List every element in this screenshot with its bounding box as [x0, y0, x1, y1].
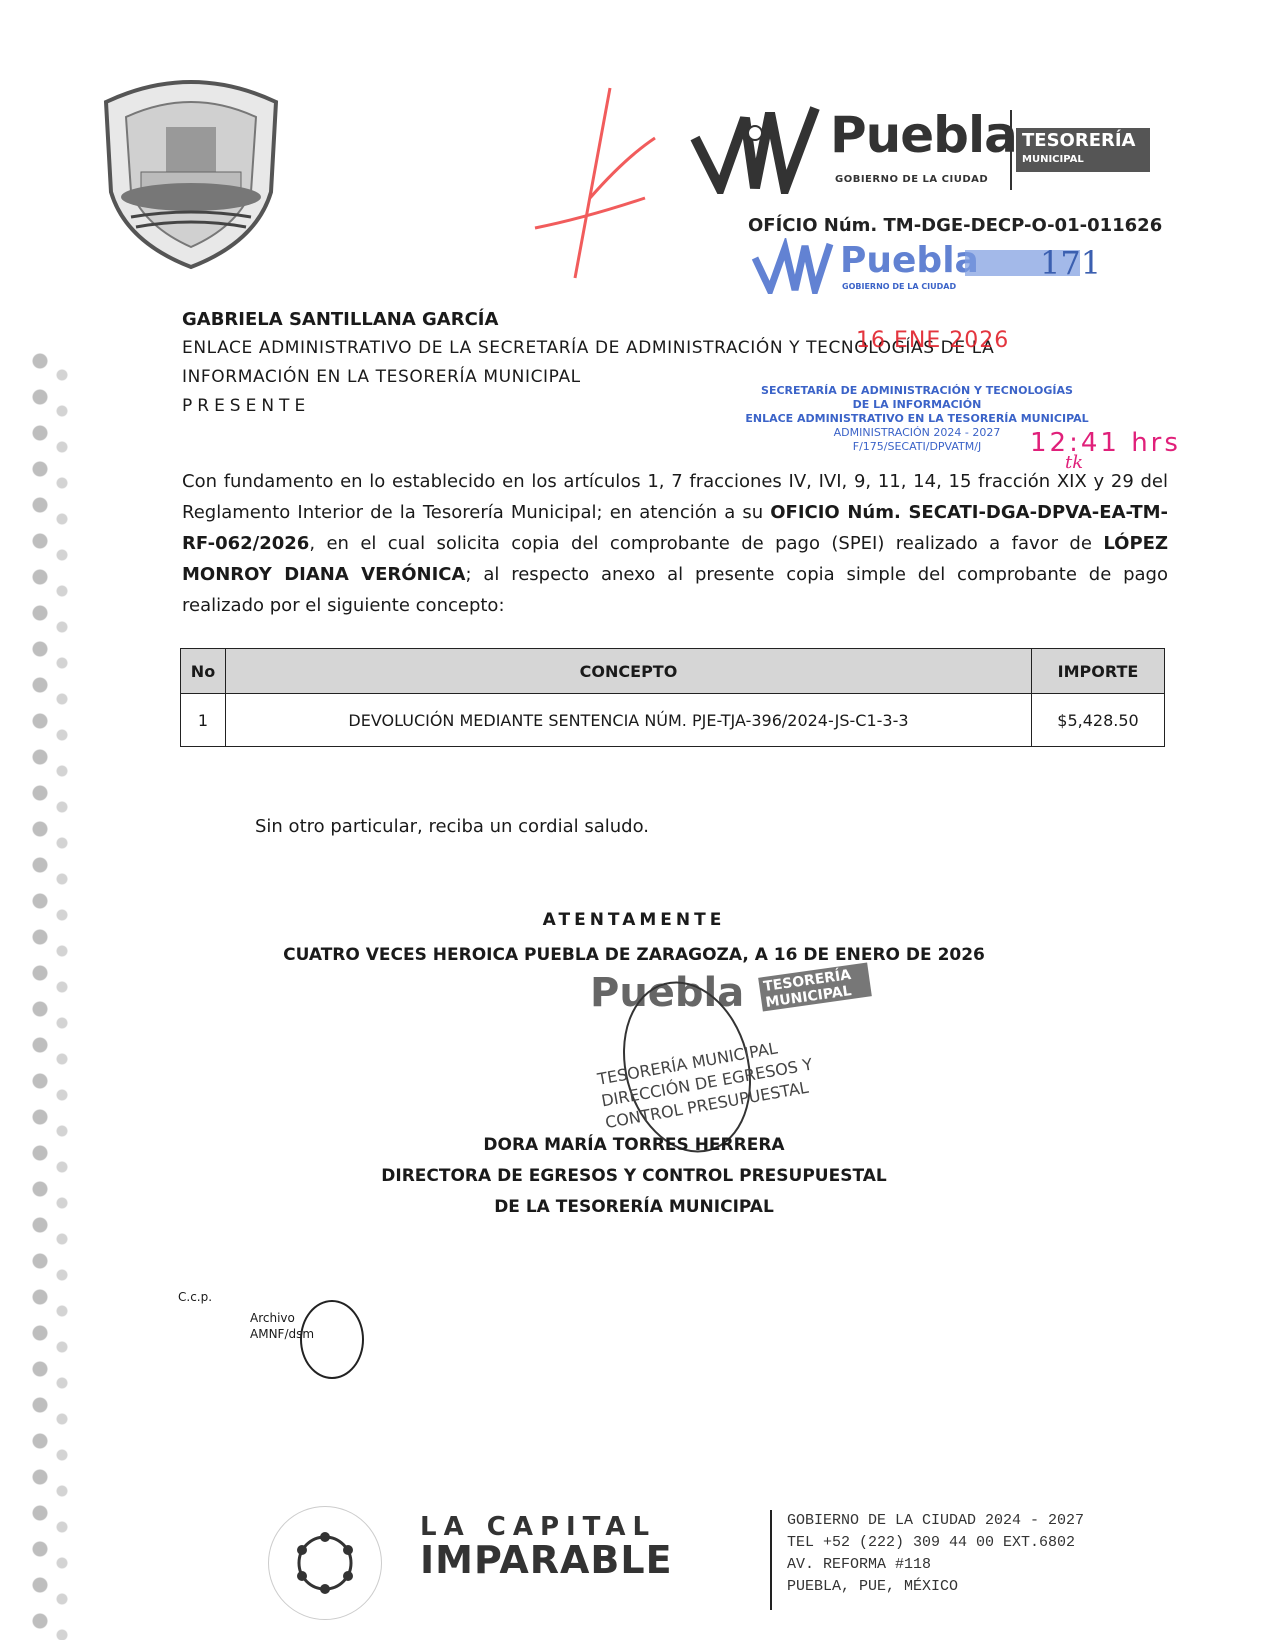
footer-line: TEL +52 (222) 309 44 00 EXT.6802	[787, 1532, 1084, 1554]
stamp-badge: TESORERÍA MUNICIPAL	[758, 963, 872, 1012]
decorative-border	[22, 345, 77, 1640]
handwritten-time: 12:41 hrs	[1030, 428, 1181, 458]
ccp-label: C.c.p.	[178, 1290, 212, 1304]
signer-block: DORA MARÍA TORRES HERRERA DIRECTORA DE E…	[0, 1130, 1268, 1223]
footer-line: AV. REFORMA #118	[787, 1554, 1084, 1576]
header-no: No	[181, 649, 226, 694]
city-coat-of-arms-icon	[96, 72, 286, 270]
payment-table: No CONCEPTO IMPORTE 1 DEVOLUCIÓN MEDIANT…	[180, 648, 1165, 747]
cell-importe: $5,428.50	[1032, 694, 1165, 747]
footer-divider	[770, 1510, 772, 1610]
brand-line2: IMPARABLE	[420, 1538, 673, 1582]
official-seal-stamp: Puebla TESORERÍA MUNICIPAL TESORERÍA MUN…	[520, 970, 880, 1150]
body-paragraph: Con fundamento en lo establecido en los …	[182, 466, 1168, 621]
body-text: , en el cual solicita copia del comproba…	[309, 533, 1103, 554]
oficio-number: OFÍCIO Núm. TM-DGE-DECP-O-01-011626	[748, 215, 1162, 236]
tesoreria-badge: TESORERÍA MUNICIPAL	[1016, 128, 1150, 172]
atentamente: ATENTAMENTE	[0, 910, 1268, 930]
stamp-line: SECRETARÍA DE ADMINISTRACIÓN Y TECNOLOGÍ…	[742, 384, 1092, 398]
signer-name: DORA MARÍA TORRES HERRERA	[0, 1130, 1268, 1161]
signer-title-2: DE LA TESORERÍA MUNICIPAL	[0, 1192, 1268, 1223]
footer-line: PUEBLA, PUE, MÉXICO	[787, 1576, 1084, 1598]
stamp-line: DE LA INFORMACIÓN	[742, 398, 1092, 412]
received-stamp-logo: Puebla GOBIERNO DE LA CIUDAD 171	[750, 238, 1130, 294]
badge-line1: TESORERÍA	[1022, 130, 1135, 151]
cell-concepto: DEVOLUCIÓN MEDIANTE SENTENCIA NÚM. PJE-T…	[226, 694, 1032, 747]
header-concepto: CONCEPTO	[226, 649, 1032, 694]
logo-divider	[1010, 110, 1012, 190]
footer-contact: GOBIERNO DE LA CIUDAD 2024 - 2027 TEL +5…	[787, 1510, 1084, 1598]
handwritten-mark-icon	[515, 78, 665, 288]
table-row: 1 DEVOLUCIÓN MEDIANTE SENTENCIA NÚM. PJE…	[181, 694, 1165, 747]
equality-certification-seal-icon	[268, 1506, 382, 1620]
logo-word: Puebla	[830, 106, 1017, 164]
header-importe: IMPORTE	[1032, 649, 1165, 694]
brand-slogan: LA CAPITAL IMPARABLE	[420, 1512, 673, 1582]
stamp-logo-subtitle: GOBIERNO DE LA CIUDAD	[842, 282, 956, 291]
signer-title-1: DIRECTORA DE EGRESOS Y CONTROL PRESUPUES…	[0, 1161, 1268, 1192]
badge-line2: MUNICIPAL	[1022, 154, 1084, 165]
cell-no: 1	[181, 694, 226, 747]
stamp-skyline-icon	[750, 238, 835, 294]
puebla-tesoreria-logo: Puebla GOBIERNO DE LA CIUDAD TESORERÍA M…	[690, 98, 1150, 194]
initials-signature-icon	[300, 1300, 364, 1379]
received-date-stamp: 16 ENE 2026	[856, 328, 1009, 353]
stamp-logo-word: Puebla	[840, 240, 979, 281]
stamp-line: ENLACE ADMINISTRATIVO EN LA TESORERÍA MU…	[742, 412, 1092, 426]
stamp-folio: 171	[1040, 244, 1101, 282]
footer-line: GOBIERNO DE LA CIUDAD 2024 - 2027	[787, 1510, 1084, 1532]
city-skyline-icon	[690, 98, 820, 194]
closing-salutation: Sin otro particular, reciba un cordial s…	[255, 816, 649, 837]
place-date: CUATRO VECES HEROICA PUEBLA DE ZARAGOZA,…	[0, 945, 1268, 965]
table-header-row: No CONCEPTO IMPORTE	[181, 649, 1165, 694]
logo-subtitle: GOBIERNO DE LA CIUDAD	[835, 174, 988, 185]
